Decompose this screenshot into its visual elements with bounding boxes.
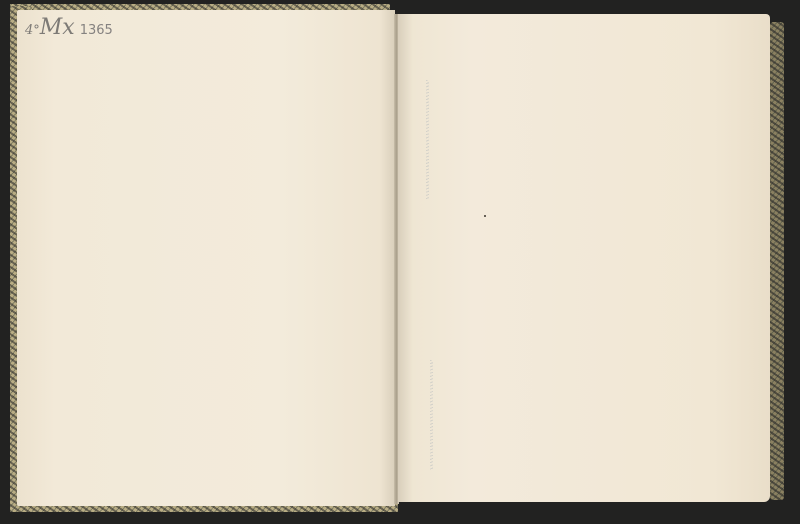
- shelfmark-main: Mx: [40, 15, 75, 40]
- manuscript-scan: 4°Mx1365: [0, 0, 800, 524]
- shelfmark-inscription: 4°Mx1365: [25, 15, 113, 40]
- faint-pencil-ruling: [430, 360, 433, 470]
- faint-pencil-ruling: [426, 80, 429, 200]
- shelfmark-number: 1365: [80, 23, 113, 38]
- right-page: [398, 14, 770, 502]
- ink-speck: [484, 215, 486, 217]
- marbled-board-right: [770, 22, 784, 500]
- shelfmark-prefix: 4°: [25, 23, 40, 38]
- left-page: [17, 10, 395, 506]
